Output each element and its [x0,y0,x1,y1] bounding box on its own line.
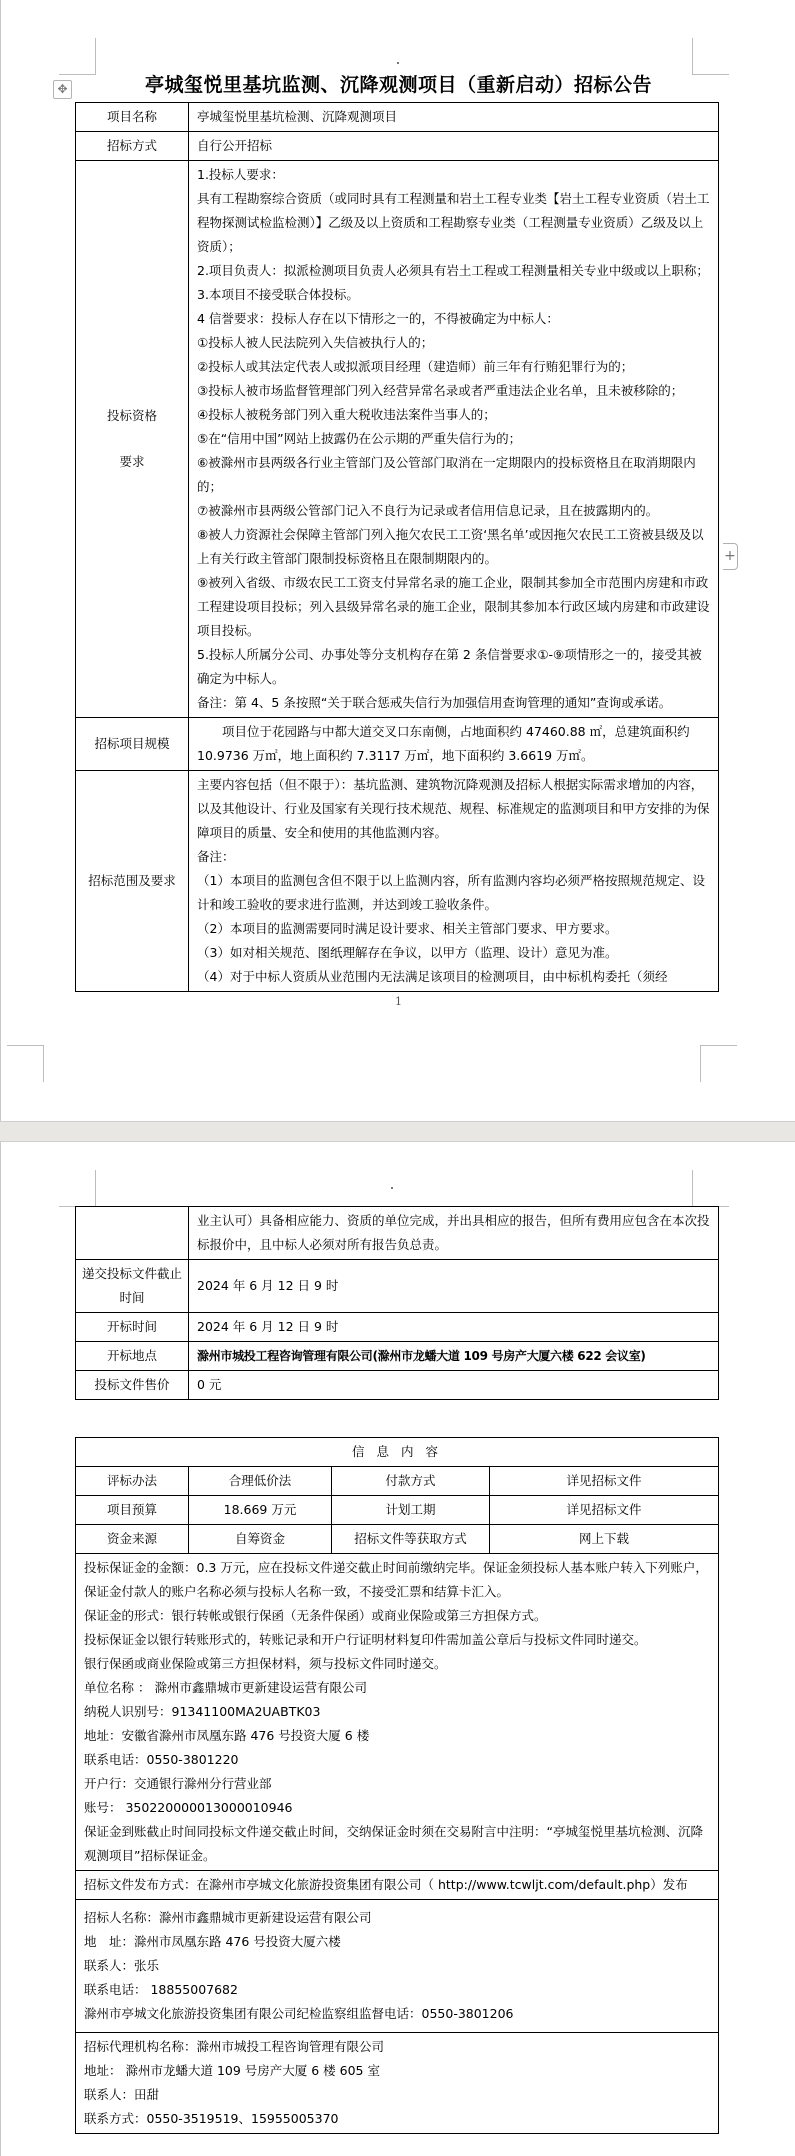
agency-phone: 联系方式：0550-3519519、15955005370 [84,2107,710,2131]
value-project-name: 亭城玺悦里基坑检测、沉降观测项目 [189,103,719,132]
label-deadline: 递交投标文件截止时间 [76,1260,189,1313]
tenderer-phone: 联系电话： 18855007682 [84,1978,710,2002]
agency-name: 招标代理机构名称：滁州市城投工程咨询管理有限公司 [84,2035,710,2059]
row-method: 招标方式 自行公开招标 [76,132,719,161]
deposit-section: 投标保证金的金额：0.3 万元，应在投标文件递交截止时间前缴纳完毕。保证金须投标… [76,1554,719,1871]
document-page-1: ✥ 亭城玺悦里基坑监测、沉降观测项目（重新启动）招标公告 项目名称 亭城玺悦里基… [0,0,795,1122]
header-marker [391,1187,393,1189]
info-table: 信 息 内 容 评标办法 合理低价法 付款方式 详见招标文件 项目预算 18.6… [75,1437,719,2134]
row-scale: 招标项目规模 项目位于花园路与中都大道交叉口东南侧，占地面积约 47460.88… [76,718,719,771]
agency-section: 招标代理机构名称：滁州市城投工程咨询管理有限公司 地址： 滁州市龙蟠大道 109… [76,2033,719,2134]
tenderer-section: 招标人名称：滁州市鑫鼎城市更新建设运营有限公司 地 址：滁州市凤凰东路 476 … [76,1900,719,2033]
announcement-table: 项目名称 亭城玺悦里基坑检测、沉降观测项目 招标方式 自行公开招标 投标资格 要… [75,102,719,992]
row-opening-place: 开标地点 滁州市城投工程咨询管理有限公司(滁州市龙蟠大道 109 号房产大厦六楼… [76,1342,719,1371]
row-price: 投标文件售价 0 元 [76,1371,719,1400]
label-opening-time: 开标时间 [76,1313,189,1342]
row-scope-continued: 业主认可）具备相应能力、资质的单位完成，并出具相应的报告，但所有费用应包含在本次… [76,1207,719,1260]
label-method: 招标方式 [76,132,189,161]
value-scale: 项目位于花园路与中都大道交叉口东南侧，占地面积约 47460.88 ㎡，总建筑面… [189,718,719,771]
label-scale: 招标项目规模 [76,718,189,771]
supervision-phone: 滁州市亭城文化旅游投资集团有限公司纪检监察组监督电话：0550-3801206 [84,2002,710,2026]
row-opening-time: 开标时间 2024 年 6 月 12 日 9 时 [76,1313,719,1342]
value-opening-place: 滁州市城投工程咨询管理有限公司(滁州市龙蟠大道 109 号房产大厦六楼 622 … [189,1342,719,1371]
row-deadline: 递交投标文件截止时间 2024 年 6 月 12 日 9 时 [76,1260,719,1313]
margin-corner-mark [692,1170,729,1207]
label-project-name: 项目名称 [76,103,189,132]
label-qualification: 投标资格 要求 [76,161,189,718]
label-scope: 招标范围及要求 [76,771,189,992]
value-scope-continued: 业主认可）具备相应能力、资质的单位完成，并出具相应的报告，但所有费用应包含在本次… [189,1207,719,1260]
tenderer-contact: 联系人：张乐 [84,1954,710,1978]
label-opening-place: 开标地点 [76,1342,189,1371]
margin-corner-mark [59,1170,96,1207]
row-project-name: 项目名称 亭城玺悦里基坑检测、沉降观测项目 [76,103,719,132]
agency-contact: 联系人：田甜 [84,2083,710,2107]
info-header: 信 息 内 容 [76,1438,719,1467]
plus-icon[interactable]: + [723,543,738,570]
info-row: 评标办法 合理低价法 付款方式 详见招标文件 [76,1467,719,1496]
tenderer-address: 地 址：滁州市凤凰东路 476 号投资大厦六楼 [84,1930,710,1954]
info-row: 资金来源 自筹资金 招标文件等获取方式 网上下载 [76,1525,719,1554]
margin-corner-mark [7,1045,44,1082]
value-method: 自行公开招标 [189,132,719,161]
document-title: 亭城玺悦里基坑监测、沉降观测项目（重新启动）招标公告 [1,70,795,97]
value-qualification: 1.投标人要求： 具有工程勘察综合资质（或同时具有工程测量和岩土工程专业类【岩土… [189,161,719,718]
value-deadline: 2024 年 6 月 12 日 9 时 [189,1260,719,1313]
value-price: 0 元 [189,1371,719,1400]
label-price: 投标文件售价 [76,1371,189,1400]
agency-address: 地址： 滁州市龙蟠大道 109 号房产大厦 6 楼 605 室 [84,2059,710,2083]
info-row: 项目预算 18.669 万元 计划工期 详见招标文件 [76,1496,719,1525]
announcement-table-continued: 业主认可）具备相应能力、资质的单位完成，并出具相应的报告，但所有费用应包含在本次… [75,1206,719,1400]
value-scope: 主要内容包括（但不限于）：基坑监测、建筑物沉降观测及招标人根据实际需求增加的内容… [189,771,719,992]
row-qualification: 投标资格 要求 1.投标人要求： 具有工程勘察综合资质（或同时具有工程测量和岩土… [76,161,719,718]
page-number: 1 [1,995,795,1008]
document-page-2: 业主认可）具备相应能力、资质的单位完成，并出具相应的报告，但所有费用应包含在本次… [0,1141,795,2156]
value-opening-time: 2024 年 6 月 12 日 9 时 [189,1313,719,1342]
margin-corner-mark [700,1045,737,1082]
publish-section: 招标文件发布方式：在滁州市亭城文化旅游投资集团有限公司（ http://www.… [76,1871,719,1900]
publish-method: 招标文件发布方式：在滁州市亭城文化旅游投资集团有限公司（ http://www.… [76,1871,719,1900]
row-scope: 招标范围及要求 主要内容包括（但不限于）：基坑监测、建筑物沉降观测及招标人根据实… [76,771,719,992]
tenderer-name: 招标人名称：滁州市鑫鼎城市更新建设运营有限公司 [84,1906,710,1930]
header-marker [397,62,399,64]
